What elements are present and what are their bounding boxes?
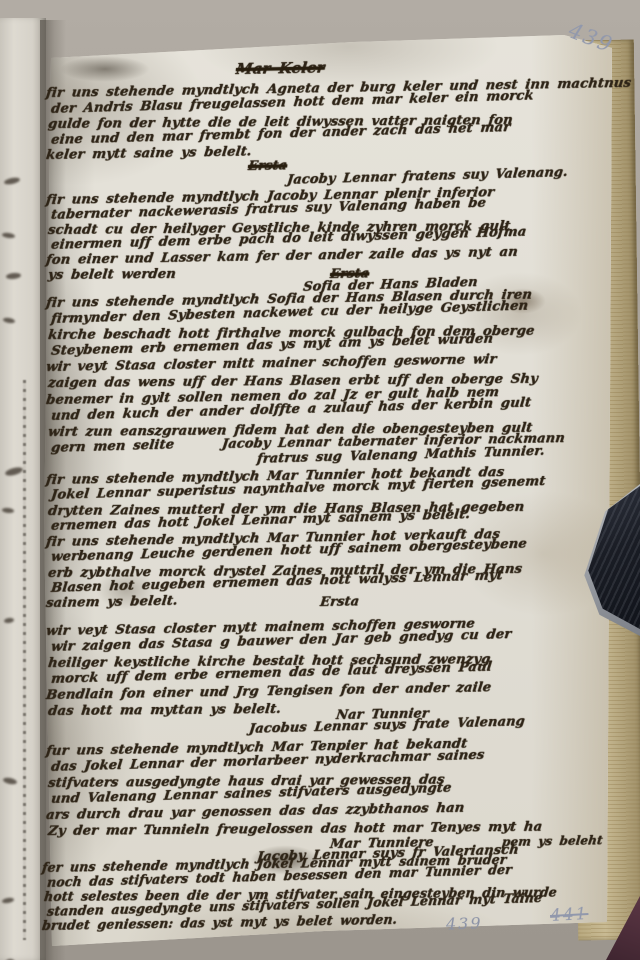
manuscript-paragraph: fir uns stehende myndtlych Mar Tunnier h…: [46, 473, 541, 535]
manuscript-photo: Mar Kelerfir uns stehende myndtlych Agne…: [0, 0, 640, 960]
manuscript-text-layer: Mar Kelerfir uns stehende myndtlych Agne…: [0, 0, 640, 960]
manuscript-heading: Ersta: [320, 596, 359, 610]
manuscript-line: Ersta: [319, 595, 360, 610]
folio-number-bottom-center: 439: [446, 913, 483, 933]
manuscript-heading: pem ys beleht: [502, 835, 603, 849]
manuscript-heading: Nar TunnierJacobus Lennar suys frate Val…: [244, 709, 520, 736]
manuscript-heading: ErstaJacoby Lennar fratens suy Valenang.: [248, 160, 563, 187]
manuscript-paragraph: fir uns stehende myndtlych Agneta der bu…: [46, 86, 631, 164]
manuscript-paragraph: wir veyt Stasa closter mytt mainem schof…: [46, 624, 506, 719]
folio-number-bottom-right-struck: 441: [550, 904, 589, 926]
manuscript-line: pem ys beleht: [501, 833, 603, 849]
manuscript-paragraph: fur uns stehende myndtlych Mar Tenpier h…: [46, 744, 540, 840]
manuscript-heading: Jacoby Lennar tabernater inferior nackma…: [222, 437, 565, 467]
manuscript-heading: Mar Keler: [236, 62, 325, 76]
manuscript-paragraph: fir uns stehende myndtlych Mar Tunnier h…: [46, 535, 522, 611]
manuscript-line: Mar Keler: [235, 60, 325, 76]
manuscript-line: Jacobus Lennar suys frate Valenang: [248, 715, 525, 736]
